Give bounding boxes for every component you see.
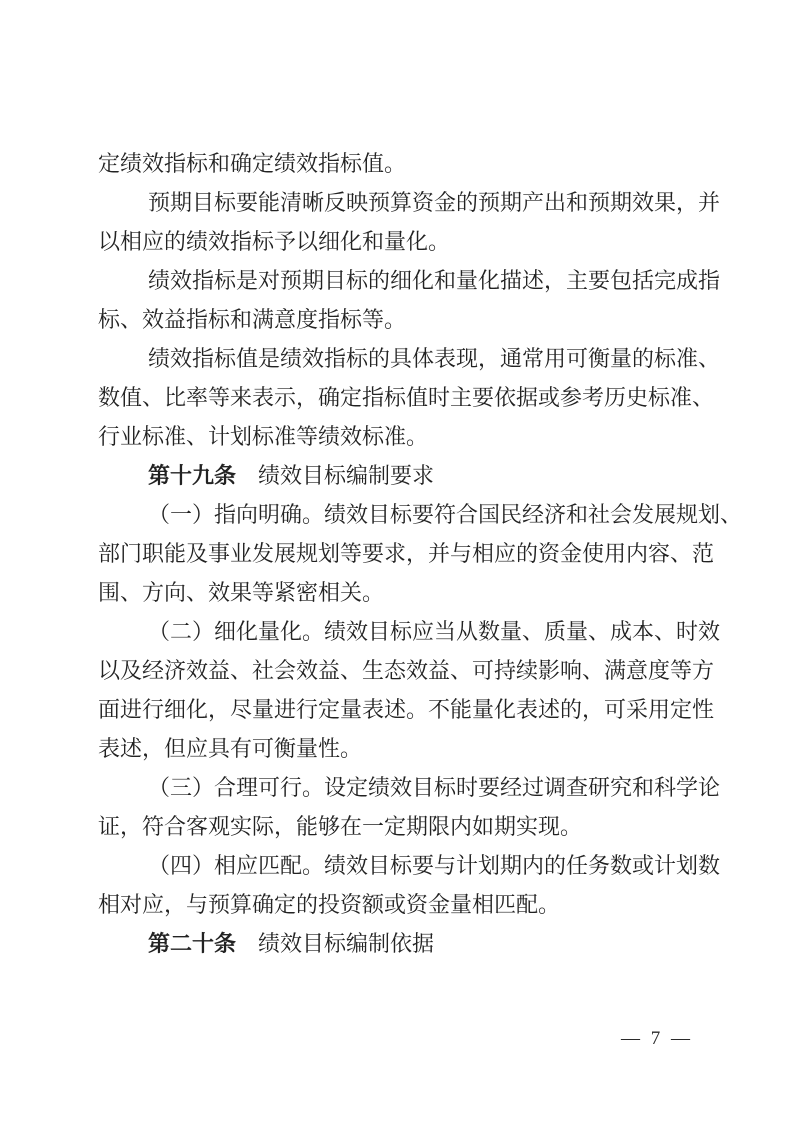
text-line: （一）指向明确。绩效目标要符合国民经济和社会发展规划、 <box>98 495 710 534</box>
heading-term: 第二十条 <box>148 931 236 956</box>
text-line: 以相应的绩效指标予以细化和量化。 <box>98 222 710 261</box>
text-line: （二）细化量化。绩效目标应当从数量、质量、成本、时效 <box>98 612 710 651</box>
text-line: 绩效指标是对预期目标的细化和量化描述，主要包括完成指 <box>98 261 710 300</box>
text-line: 定绩效指标和确定绩效指标值。 <box>98 144 710 183</box>
paragraph: 第十九条绩效目标编制要求 <box>98 456 710 495</box>
paragraph: 绩效指标值是绩效指标的具体表现，通常用可衡量的标准、数值、比率等来表示，确定指标… <box>98 339 710 456</box>
paragraph: 第二十条绩效目标编制依据 <box>98 924 710 963</box>
text-line: 标、效益指标和满意度指标等。 <box>98 300 710 339</box>
paragraph: 预期目标要能清晰反映预算资金的预期产出和预期效果，并以相应的绩效指标予以细化和量… <box>98 183 710 261</box>
text-line: 证，符合客观实际，能够在一定期限内如期实现。 <box>98 807 710 846</box>
text-line: 面进行细化，尽量进行定量表述。不能量化表述的，可采用定性 <box>98 690 710 729</box>
paragraph: （三）合理可行。设定绩效目标时要经过调查研究和科学论证，符合客观实际，能够在一定… <box>98 768 710 846</box>
paragraph: 定绩效指标和确定绩效指标值。 <box>98 144 710 183</box>
article-heading: 第二十条绩效目标编制依据 <box>98 924 710 963</box>
article-heading: 第十九条绩效目标编制要求 <box>98 456 710 495</box>
text-line: 表述，但应具有可衡量性。 <box>98 729 710 768</box>
text-line: 相对应，与预算确定的投资额或资金量相匹配。 <box>98 885 710 924</box>
text-line: （三）合理可行。设定绩效目标时要经过调查研究和科学论 <box>98 768 710 807</box>
page-number: — 7 — <box>621 1028 693 1050</box>
document-body: 定绩效指标和确定绩效指标值。预期目标要能清晰反映预算资金的预期产出和预期效果，并… <box>98 144 710 963</box>
text-line: 行业标准、计划标准等绩效标准。 <box>98 417 710 456</box>
heading-title: 绩效目标编制依据 <box>258 931 434 956</box>
text-line: 围、方向、效果等紧密相关。 <box>98 573 710 612</box>
text-line: （四）相应匹配。绩效目标要与计划期内的任务数或计划数 <box>98 846 710 885</box>
text-line: 绩效指标值是绩效指标的具体表现，通常用可衡量的标准、 <box>98 339 710 378</box>
heading-term: 第十九条 <box>148 463 236 488</box>
text-line: 预期目标要能清晰反映预算资金的预期产出和预期效果，并 <box>98 183 710 222</box>
text-line: 数值、比率等来表示，确定指标值时主要依据或参考历史标准、 <box>98 378 710 417</box>
paragraph: （四）相应匹配。绩效目标要与计划期内的任务数或计划数相对应，与预算确定的投资额或… <box>98 846 710 924</box>
text-line: 部门职能及事业发展规划等要求，并与相应的资金使用内容、范 <box>98 534 710 573</box>
paragraph: （二）细化量化。绩效目标应当从数量、质量、成本、时效以及经济效益、社会效益、生态… <box>98 612 710 768</box>
heading-title: 绩效目标编制要求 <box>258 463 434 488</box>
text-line: 以及经济效益、社会效益、生态效益、可持续影响、满意度等方 <box>98 651 710 690</box>
paragraph: 绩效指标是对预期目标的细化和量化描述，主要包括完成指标、效益指标和满意度指标等。 <box>98 261 710 339</box>
paragraph: （一）指向明确。绩效目标要符合国民经济和社会发展规划、部门职能及事业发展规划等要… <box>98 495 710 612</box>
